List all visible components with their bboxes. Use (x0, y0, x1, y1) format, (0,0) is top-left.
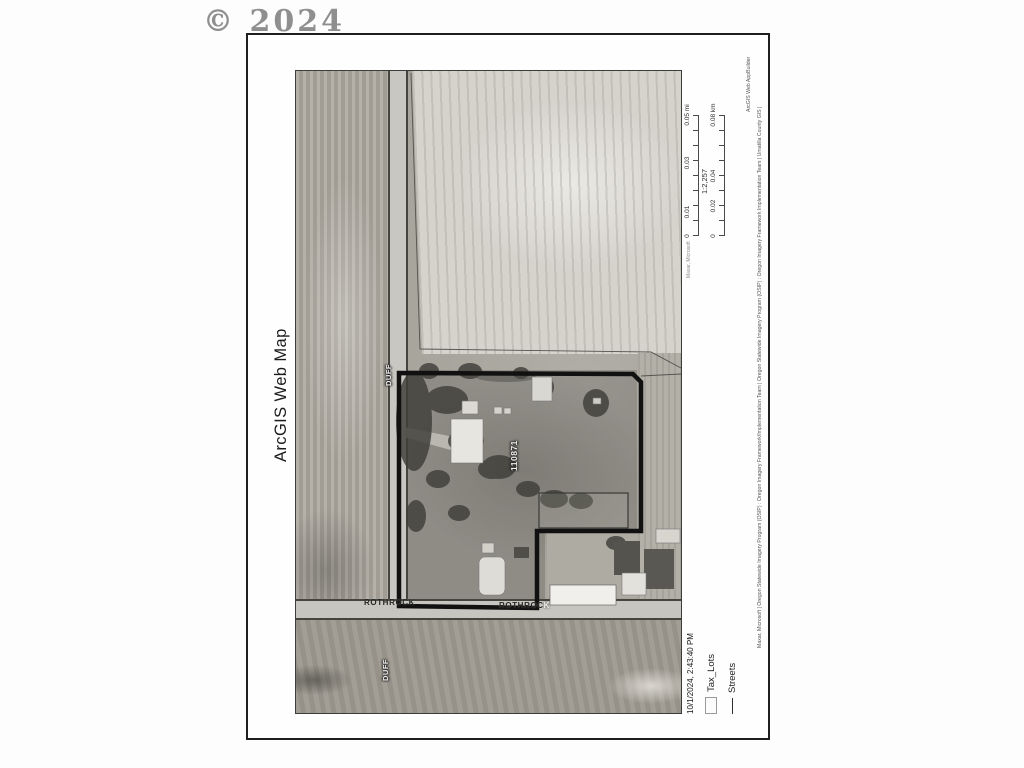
mi-tick-1: 0.01 (684, 206, 691, 219)
scale-bar-widget: 0 0.01 0.03 0.05 mi 1:2,257 0 0.02 0.04 … (684, 82, 740, 240)
legend-item-streets: Streets (727, 598, 738, 714)
mi-tick-2: 0.03 (684, 157, 691, 170)
road-label-rothrock-west: ROTHROCK (364, 598, 415, 607)
parcel-id-label: 110871 (509, 425, 519, 471)
km-tick-2: 0.04 (710, 170, 717, 183)
map-linework (296, 71, 681, 713)
legend-item-tax-lots: Tax_Lots (705, 598, 717, 714)
scale-ratio: 1:2,257 (700, 82, 709, 194)
road-label-duff-upper: DUFF (384, 352, 393, 386)
basemap-credit: Maxar, Microsoft (686, 232, 694, 278)
attribution-line: Maxar, Microsoft | Oregon Statewide Imag… (757, 58, 766, 648)
legend-label: Tax_Lots (706, 654, 717, 692)
tax-lots-swatch (705, 697, 717, 714)
legend-label: Streets (727, 663, 738, 693)
road-label-duff-lower: DUFF (381, 647, 390, 681)
page-title: ArcGIS Web Map (272, 320, 292, 462)
scale-mi-labels: 0 0.01 0.03 0.05 mi (684, 82, 693, 240)
road-label-k: K (544, 601, 550, 610)
app-credit: ArcGIS Web AppBuilder (746, 42, 754, 112)
scale-km-labels: 0 0.02 0.04 0.08 km (710, 82, 719, 240)
road-label-rothrock-east: ROTHROCK (499, 601, 550, 610)
scale-bar-miles (693, 115, 699, 236)
map-frame: DUFF DUFF 110871 ROTHROCK ROTHROCK (295, 70, 682, 714)
legend: 10/1/2024, 2:43:40 PM Tax_Lots Streets (686, 598, 764, 714)
km-tick-0: 0 (710, 234, 717, 238)
km-tick-3: 0.08 km (710, 103, 717, 126)
km-tick-1: 0.02 (710, 200, 717, 213)
buildings (451, 377, 680, 605)
scanned-page: © 2024 ArcGIS Web Map (0, 0, 1024, 768)
inner-tax-lot-outline (539, 493, 628, 528)
road-label-text: ROTHROC (499, 601, 544, 610)
print-timestamp: 10/1/2024, 2:43:40 PM (686, 598, 695, 714)
mi-tick-3: 0.05 mi (684, 104, 691, 125)
streets-line-swatch (732, 698, 733, 714)
scale-bar-km (719, 115, 725, 236)
